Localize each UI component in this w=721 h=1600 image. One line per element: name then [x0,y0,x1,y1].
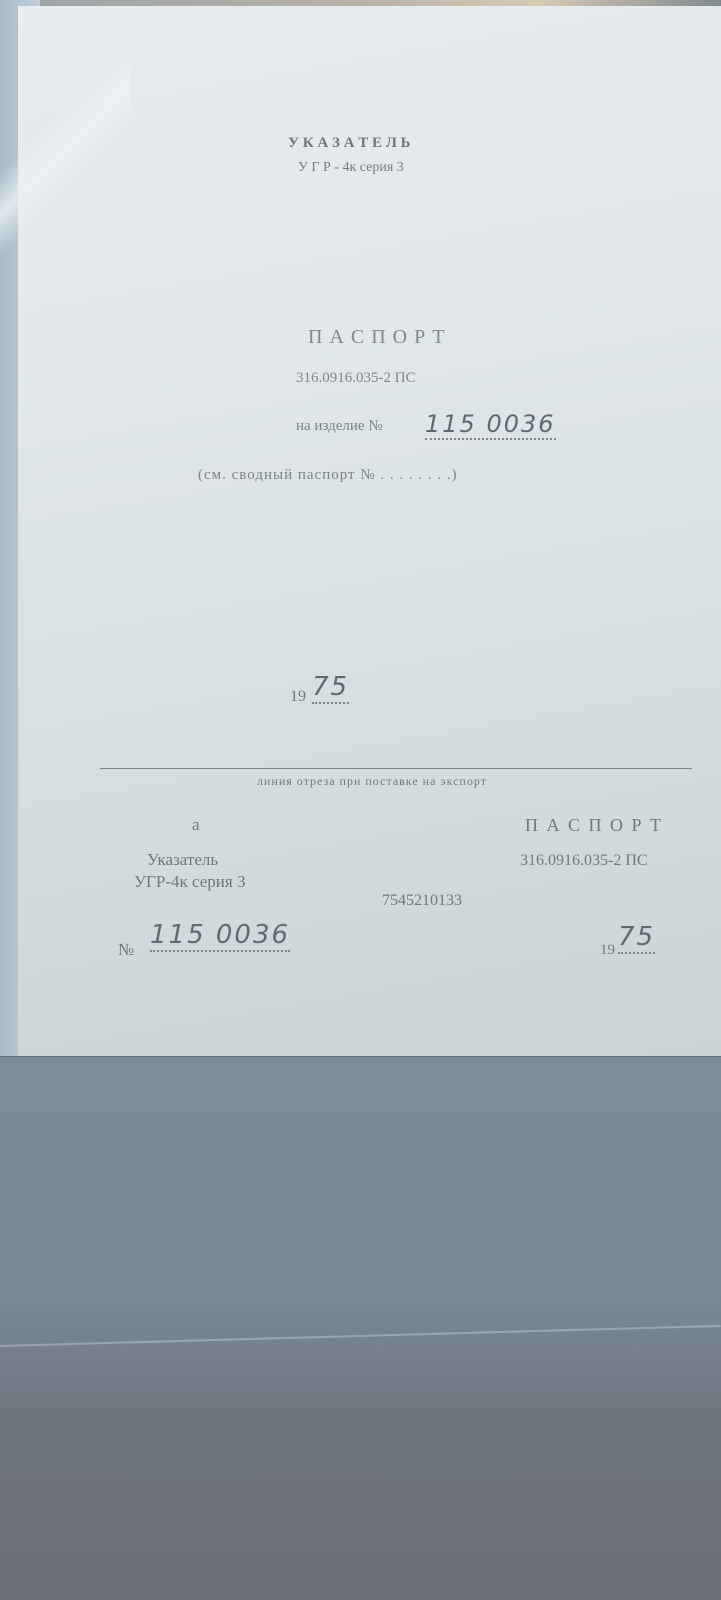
stub-catalog-number: 7545210133 [382,892,462,910]
header-title: У К А З А Т Е Л Ь [288,135,411,152]
cut-line [100,768,692,769]
stub-year-handwritten: 75 [618,922,655,954]
cut-line-label: линия отреза при поставке на экспорт [257,774,487,789]
stub-name: Указатель [147,850,218,870]
passport-code: 316.0916.035-2 ПС [296,370,416,387]
year-value: 75 [312,672,349,704]
item-number-handwritten: 115 0036 [425,410,556,440]
stub-passport-code: 316.0916.035-2 ПС [520,852,648,870]
passport-title: П А С П О Р Т [308,326,445,349]
stub-year-value: 75 [618,922,655,954]
stub-year-prefix: 19 [600,942,615,959]
year-handwritten: 75 [312,672,349,704]
year-prefix: 19 [290,688,306,706]
stub-number-value: 115 0036 [150,920,290,952]
stub-number-label: № [118,940,134,960]
item-number-value: 115 0036 [425,410,556,440]
stub-letter: а [192,815,200,835]
stub-number-handwritten: 115 0036 [150,920,290,952]
stub-model: УГР-4к серия 3 [134,872,245,892]
summary-passport-ref: (см. сводный паспорт № . . . . . . . .) [198,467,458,484]
stub-passport-title: П А С П О Р Т [525,815,663,836]
item-label: на изделие № [296,418,383,435]
header-model: У Г Р - 4к серия 3 [298,160,404,176]
plastic-sleeve-edge [0,0,130,300]
